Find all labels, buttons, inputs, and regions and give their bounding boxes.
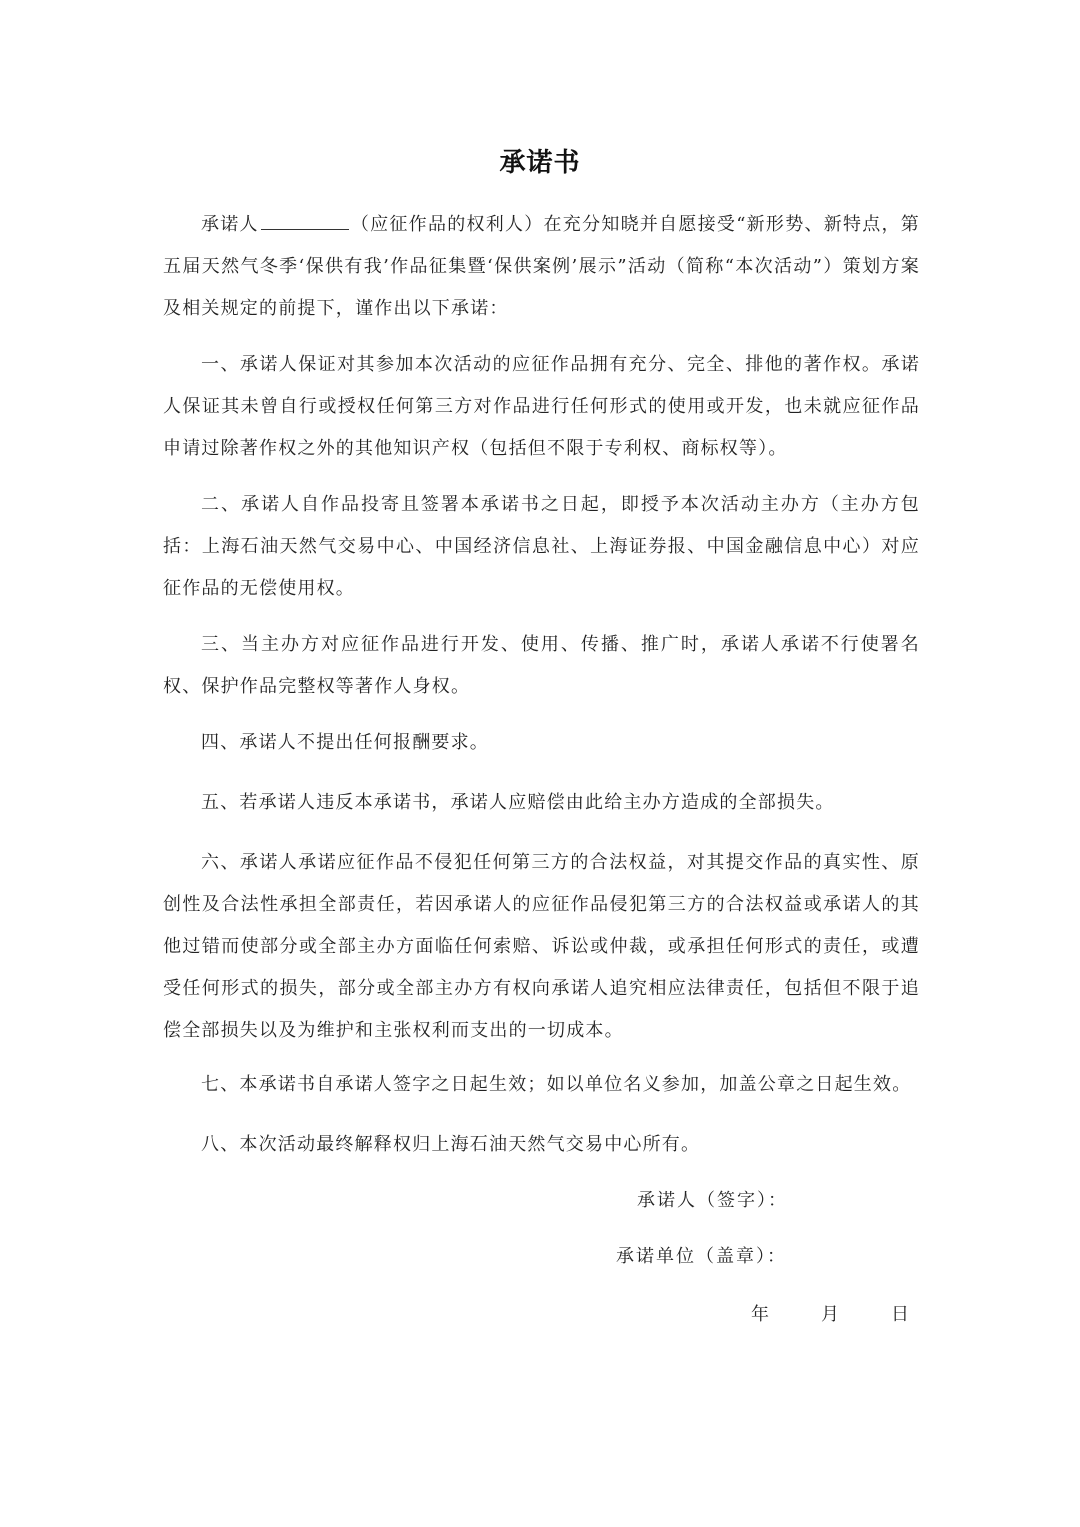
clause-text: 一、承诺人保证对其参加本次活动的应征作品拥有充分、完全、排他的著作权。承诺人保证… [163, 344, 920, 470]
date-day-label: 日 [891, 1300, 911, 1326]
signature-unit-label: 承诺单位（盖章）： [616, 1242, 787, 1268]
document-page: 承诺书 承诺人（应征作品的权利人）在充分知晓并自愿接受“新形势、新特点，第五届天… [0, 0, 1080, 1527]
signature-person-label: 承诺人（签字）： [637, 1186, 788, 1212]
intro-prefix: 承诺人 [201, 214, 259, 235]
name-blank-line [261, 211, 349, 230]
date-year-label: 年 [751, 1300, 771, 1326]
intro-paragraph: 承诺人（应征作品的权利人）在充分知晓并自愿接受“新形势、新特点，第五届天然气冬季… [163, 204, 920, 330]
clause-4: 四、承诺人不提出任何报酬要求。 [163, 722, 920, 764]
clause-text: 七、本承诺书自承诺人签字之日起生效；如以单位名义参加，加盖公章之日起生效。 [163, 1064, 920, 1106]
clause-5: 五、若承诺人违反本承诺书，承诺人应赔偿由此给主办方造成的全部损失。 [163, 782, 920, 824]
clause-text: 四、承诺人不提出任何报酬要求。 [163, 722, 920, 764]
clause-6: 六、承诺人承诺应征作品不侵犯任何第三方的合法权益，对其提交作品的真实性、原创性及… [163, 842, 920, 1052]
clause-text: 八、本次活动最终解释权归上海石油天然气交易中心所有。 [163, 1124, 920, 1166]
clause-text: 三、当主办方对应征作品进行开发、使用、传播、推广时，承诺人承诺不行使署名权、保护… [163, 624, 920, 708]
intro-text: 承诺人（应征作品的权利人）在充分知晓并自愿接受“新形势、新特点，第五届天然气冬季… [163, 204, 920, 330]
clause-text: 六、承诺人承诺应征作品不侵犯任何第三方的合法权益，对其提交作品的真实性、原创性及… [163, 842, 920, 1052]
document-title: 承诺书 [0, 142, 1080, 179]
clause-7: 七、本承诺书自承诺人签字之日起生效；如以单位名义参加，加盖公章之日起生效。 [163, 1064, 920, 1106]
clause-text: 五、若承诺人违反本承诺书，承诺人应赔偿由此给主办方造成的全部损失。 [163, 782, 920, 824]
clause-1: 一、承诺人保证对其参加本次活动的应征作品拥有充分、完全、排他的著作权。承诺人保证… [163, 344, 920, 470]
clause-8: 八、本次活动最终解释权归上海石油天然气交易中心所有。 [163, 1124, 920, 1166]
clause-2: 二、承诺人自作品投寄且签署本承诺书之日起，即授予本次活动主办方（主办方包括：上海… [163, 484, 920, 610]
date-month-label: 月 [821, 1300, 841, 1326]
clause-text: 二、承诺人自作品投寄且签署本承诺书之日起，即授予本次活动主办方（主办方包括：上海… [163, 484, 920, 610]
clause-3: 三、当主办方对应征作品进行开发、使用、传播、推广时，承诺人承诺不行使署名权、保护… [163, 624, 920, 708]
